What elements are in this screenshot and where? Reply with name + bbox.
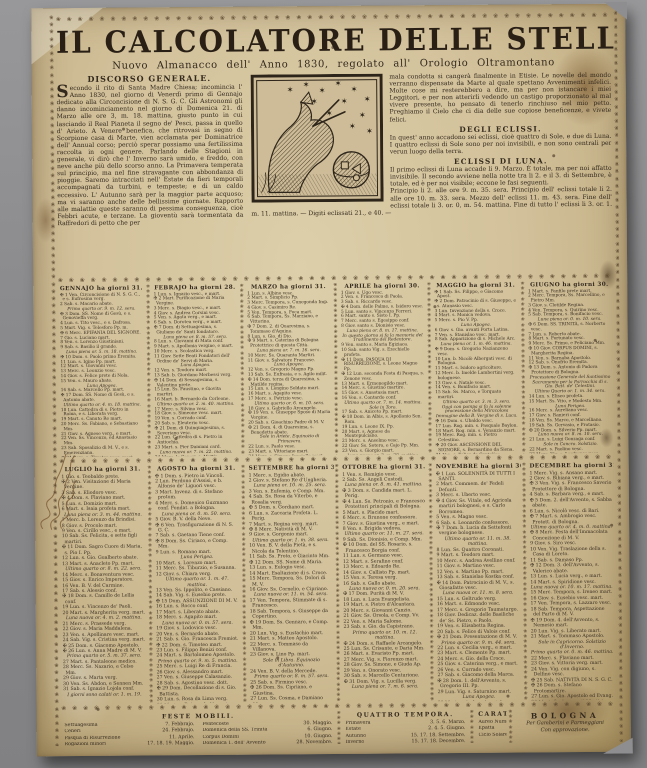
calendar-entry: ✠ 26 Dom. s. Stefano Protomartire. xyxy=(531,683,614,695)
eclissi-column: ✶✶✶ ✶✶✶ ✶✶✶ ✶✶✶ xyxy=(250,72,612,275)
feast-row: Ciclo Solare19. xyxy=(478,732,507,739)
month-header: MAGGIO ha giorni 31. xyxy=(434,283,517,290)
feast-label: Rogazioni minori xyxy=(64,742,105,746)
ornament-strip: ❀ ❀ ❀ ❀ ❀ ❀ ❀ ❀ ❀ ❀ ❀ ❀ ❀ ❀ ❀ ❀ ❀ ❀ ❀ ❀ … xyxy=(425,282,433,454)
month-column-decembre: DECEMBRE ha giorni 31.1 Merc. Vig. s. An… xyxy=(527,462,615,701)
month-column-giugno: GIUGNO ha giorni 30.1 Mart. s. Panfilo p… xyxy=(526,281,614,454)
ornament-strip: ❀ ❀ ❀ ❀ ❀ ❀ ❀ ❀ ❀ ❀ ❀ ❀ ❀ ❀ ❀ ❀ ❀ ❀ ❀ ❀ … xyxy=(238,284,246,456)
footer-tables: FESTE MOBILI. Settuagesima7. Febbrajo.Ce… xyxy=(61,709,616,746)
month-header: APRILE ha giorni 30. xyxy=(341,283,424,290)
calendar-entry: 21 Sab. s. Gio. Francesca Fremiot. xyxy=(156,637,239,643)
calendar-entry: Luna piena or. 7. m. 6. sera. xyxy=(344,684,427,690)
month-header: AGOSTO ha giorni 31. xyxy=(155,466,238,473)
month-column-febrajo: FEBRAJO ha giorni 28.1 Lun. s. Ignazio v… xyxy=(152,284,240,457)
calendar-entry: ✠ 8 Dom. Ss. Ciriaco, e Comp. Mm. xyxy=(156,539,239,551)
svg-text:✶: ✶ xyxy=(302,80,309,89)
feste-mobili-title: FESTE MOBILI. xyxy=(64,712,332,721)
month-column-aprile: APRILE ha giorni 30.1 Giov. s. Ugo vesc.… xyxy=(339,282,427,455)
calendar-entry: ✠ 29 Dom. Decollazione di s. Gio. Battis… xyxy=(157,686,240,698)
calendar-entry: ✠ 1 Lun. SOLENNITÀ DI TUTTI I SANTI. xyxy=(436,471,519,483)
ornament-strip: ❀ ❀ ❀ ❀ ❀ ❀ ❀ ❀ ❀ ❀ xyxy=(335,711,342,746)
feast-label: Inverno xyxy=(345,740,364,746)
calendar-entry: 15 Giov. s. Enrico Imperatore. xyxy=(62,578,145,584)
calendar-entry: 13 Lun. s. Lucia verg., e mart. xyxy=(530,574,613,580)
calendar-band-second-semester: LUGLIO ha giorni 31.1 Gio. s. Teobaldo p… xyxy=(59,462,616,704)
month-column-novembre: NOVEMBRE ha giorni 30.✠ 1 Lun. SOLENNITÀ… xyxy=(434,463,522,702)
quattro-tempora-title: QUATTRO TEMPORA. xyxy=(345,711,465,719)
month-header: NOVEMBRE ha giorni 30. xyxy=(436,464,519,471)
ornament-strip: ❀ ❀ ❀ ❀ ❀ ❀ ❀ ❀ ❀ ❀ xyxy=(507,710,514,747)
calendar-entry: 17 Ven. Tempora, Stimmate di s. Francesc… xyxy=(250,598,333,610)
imprint-approval: Con approvazione. xyxy=(517,727,613,735)
month-column-settembre: SETTEMBRE ha giorni 30.1 Merc. s. Egidio… xyxy=(247,464,335,703)
calendar-entry: ✠ 26 Dom. Ss. Cipriano, e Giustina. xyxy=(250,685,333,697)
feast-row: Domenica 1. dell' Avvento28. Novembre. xyxy=(202,740,332,746)
svg-text:✶: ✶ xyxy=(334,79,341,88)
svg-text:✶: ✶ xyxy=(349,122,356,131)
calendar-entry: 18 Giov. Dedicaz. delle Basiliche de' Ss… xyxy=(437,613,520,625)
printed-area: ❀ ❀ ❀ ❀ ❀ ❀ ❀ ❀ ❀ ❀ ❀ ❀ ❀ ❀ ❀ ❀ ❀ ❀ ❀ ❀ … xyxy=(49,11,623,746)
month-header: DECEMBRE ha giorni 31. xyxy=(529,463,612,470)
calendar-entry: ✠ 7 Dom. b. Lucia da Settefonti vergine … xyxy=(436,526,519,538)
calendar-entry: ✠ 10 Dom. del SS. Rosario, s. Francesco … xyxy=(343,543,426,555)
imprint-section: BOLOGNA Per Gamberini e Parmeggiani Con … xyxy=(514,709,616,746)
month-column-ottobre: OTTOBRE ha giorni 31.1 Ven. s. Remigio v… xyxy=(340,463,428,702)
discorso-heading: DISCORSO GENERALE. xyxy=(56,75,242,84)
month-header: SETTEMBRE ha giorni 30. xyxy=(249,465,332,472)
month-column-marzo: MARZO ha giorni 31.1 Lun. s. Albino vesc… xyxy=(245,283,333,456)
svg-text:✶: ✶ xyxy=(350,85,357,94)
feste-mobili-right-list: Pentecoste30. Maggio.Domenica della SS. … xyxy=(202,721,332,746)
calendar-entry: 3 Mart. Invenz. di s. Stefano protom. xyxy=(155,490,238,502)
feast-row: Inverno15. 17. 18. Decembre. xyxy=(345,739,465,746)
ornament-strip: ❀ ❀ ❀ ❀ ❀ ❀ ❀ ❀ ❀ ❀ ❀ ❀ ❀ ❀ ❀ ❀ ❀ ❀ ❀ ❀ … xyxy=(145,284,153,456)
month-column-maggio: MAGGIO ha giorni 31.✠ 1 Sab. Ss. Filippo… xyxy=(432,282,520,455)
calendar-entry: 2 Lun. Perdono d'Assisi, e b. Alfonso de… xyxy=(155,479,238,491)
svg-text:✶: ✶ xyxy=(286,85,293,94)
calendar-entry: ✠ 19 Dom. 4. dell'Avvento, s. Nemesio ma… xyxy=(531,618,614,630)
calendar-band-first-semester: GENNAJO ha giorni 31.✠ 1 Ven. Circoncisi… xyxy=(58,281,614,457)
month-header: FEBRAJO ha giorni 28. xyxy=(154,285,237,292)
calendar-entry: 28 Merc. Ss. Nazario, e Celso Mm. xyxy=(63,665,146,677)
month-header: GIUGNO ha giorni 30. xyxy=(528,282,611,289)
feast-value: 17. 18. 19. Maggio. xyxy=(147,741,194,746)
discorso-column: DISCORSO GENERALE. Secondo il rito di Sa… xyxy=(56,75,244,276)
calendar-entry: ✠ 19 Dom. Ss. Gennaro, e Comp. Mm. xyxy=(250,620,333,632)
month-column-luglio: LUGLIO ha giorni 31.1 Gio. s. Teobaldo p… xyxy=(59,465,147,704)
almanac-sheet: ❀ ❀ ❀ ❀ ❀ ❀ ❀ ❀ ❀ ❀ ❀ ❀ ❀ ❀ ❀ ❀ ❀ ❀ ❀ ❀ … xyxy=(31,4,631,757)
month-column-agosto: AGOSTO ha giorni 31.✠ 1 Dom. s. Pietro i… xyxy=(153,465,241,704)
feast-label: Domenica 1. dell' Avvento xyxy=(202,740,265,746)
calendar-entry: ✠ 4 Giov. Ss. Vitale, ed Agricola martir… xyxy=(436,498,519,515)
calendar-entry: 4 Sab. Ss. Rosa da Viterbo, e Rosalia ve… xyxy=(249,494,332,506)
calendar-entry: ✠ 3 Dom. s. Candida mart. L. Perig. xyxy=(342,488,425,500)
calendar-entry: ✠ 5 Dom. 2. dell'Avvento, s. Sabba abate… xyxy=(530,498,613,510)
page-title: IL CALCOLATORE DELLE STELLE xyxy=(56,20,611,60)
calendar-entry: ✠ 28 Dom. 1. dell'Avvento, s. Gregorio I… xyxy=(437,678,520,690)
feast-value: 15. 17. 18. Decembre. xyxy=(412,739,466,746)
feste-mobili-section: FESTE MOBILI. Settuagesima7. Febbrajo.Ce… xyxy=(61,711,335,746)
ornament-strip: ❀ ❀ ❀ ❀ ❀ ❀ ❀ ❀ ❀ ❀ ❀ ❀ ❀ ❀ ❀ ❀ ❀ ❀ ❀ ❀ … xyxy=(519,281,527,453)
ornament-strip: ❀ ❀ ❀ ❀ ❀ ❀ ❀ ❀ ❀ ❀ ❀ ❀ ❀ ❀ ❀ ❀ ❀ ❀ ❀ ❀ … xyxy=(332,283,340,455)
calendar-entry: ✠ 7 Mart. s. Ambrogio vesc. Protett. di … xyxy=(530,514,613,526)
discorso-text: Secondo il rito di Santa Madre Chiesa; i… xyxy=(56,84,243,227)
calendar-entry: 15 Merc. Tempora, Ss. Dolori di M. V. xyxy=(249,576,332,588)
calendar-entry: 6 Lun. s. Zaccaria Profeta. L. Perig. xyxy=(249,511,332,523)
quattro-tempora-list: Primavera3. 5. 6. Marzo.Estate2. 4. 5. G… xyxy=(345,720,465,746)
calendar-entry: ✠ 8 Merc. Festa dell'Immacolata Concezio… xyxy=(530,530,613,542)
svg-text:✶: ✶ xyxy=(363,95,370,104)
calendar-entry: 24 Ven. Vig. con digiuno, s. Delfino ves… xyxy=(531,667,614,679)
calendar-entry: ✠ 12 Dom. 3. dell'Avvento, s. Valerico a… xyxy=(530,563,613,575)
woodcut-astrologer: ✶✶✶ ✶✶✶ ✶✶✶ ✶✶✶ xyxy=(250,74,383,203)
drop-cap: S xyxy=(56,85,69,99)
month-column-gennajo: GENNAJO ha giorni 31.✠ 1 Ven. Circoncisi… xyxy=(58,284,146,457)
svg-text:✶: ✶ xyxy=(366,127,373,136)
caratteristiche-left-list: Aureo Numero7.EpattaVI.Ciclo Solare19. xyxy=(478,720,507,739)
month-header: MARZO ha giorni 31. xyxy=(247,284,330,291)
calendar-entry: ✠ 4 Lun. Ss. Petronio, e Francesco Prote… xyxy=(342,499,425,511)
svg-text:✶: ✶ xyxy=(318,86,325,95)
calendar-entry: Ultimo quarto or. 1. m. 47. mattina. xyxy=(156,577,239,589)
ornament-strip: ❀ ❀ ❀ ❀ ❀ ❀ ❀ ❀ ❀ ❀ xyxy=(468,710,475,746)
month-header: LUGLIO ha giorni 31. xyxy=(61,466,144,473)
feast-row: Rogazioni minori17. 18. 19. Maggio. xyxy=(64,741,194,746)
quattro-tempora-section: QUATTRO TEMPORA. Primavera3. 5. 6. Marzo… xyxy=(342,710,468,746)
calendar-entry: ✠ 18 Dom. s. Camillo de Lellis conf. xyxy=(62,594,145,606)
calendar-entry: Sole in Libra. Equinozio d'Autunno. xyxy=(250,658,333,670)
svg-text:✶: ✶ xyxy=(340,97,347,106)
month-header: GENNAJO ha giorni 31. xyxy=(60,285,143,292)
calendar-entry: 2 Mart. Commem. de' Fedeli Defunti. xyxy=(436,482,519,494)
calendar-entry: ✠ 2 Ven. Visitazione di Maria Vergine. xyxy=(61,479,144,491)
calendar-entry: 18 Sab. Tempora, s. Giuseppe da Copertin… xyxy=(250,609,333,621)
caratteristiche-section: CARATTERISTICHE DELL' ANNO. Aureo Numero… xyxy=(475,710,507,747)
intro-section: DISCORSO GENERALE. Secondo il rito di Sa… xyxy=(56,72,612,276)
calendar-entry: 18 Sab. Tempora, Aspettazione del Parto … xyxy=(531,607,614,619)
feast-value: 28. Novembre. xyxy=(296,740,332,746)
calendar-entry: I giorni sono calati or. 1. m. 19. xyxy=(63,692,146,698)
feast-label: Ciclo Solare xyxy=(478,732,507,739)
feste-mobili-left-list: Settuagesima7. Febbrajo.Ceneri24. Febbra… xyxy=(64,722,194,746)
caratteristiche-title: CARATTERISTICHE DELL' ANNO. xyxy=(478,711,504,718)
month-header: OTTOBRE ha giorni 31. xyxy=(342,464,425,471)
calendar-entry: Primo quarto or. 10. m. 12. mattina. xyxy=(343,630,426,642)
svg-text:✶: ✶ xyxy=(359,111,366,120)
calendar-entry: 10 Ven. Vig. Traslazione della s. Casa d… xyxy=(530,547,613,559)
calendar-entry: 4 Merc. s. Domenico Guzmano conf. Fondat… xyxy=(155,501,238,513)
calendar-entry: Ultimo quarto or. 11. m. 38. mattina. xyxy=(436,536,519,548)
